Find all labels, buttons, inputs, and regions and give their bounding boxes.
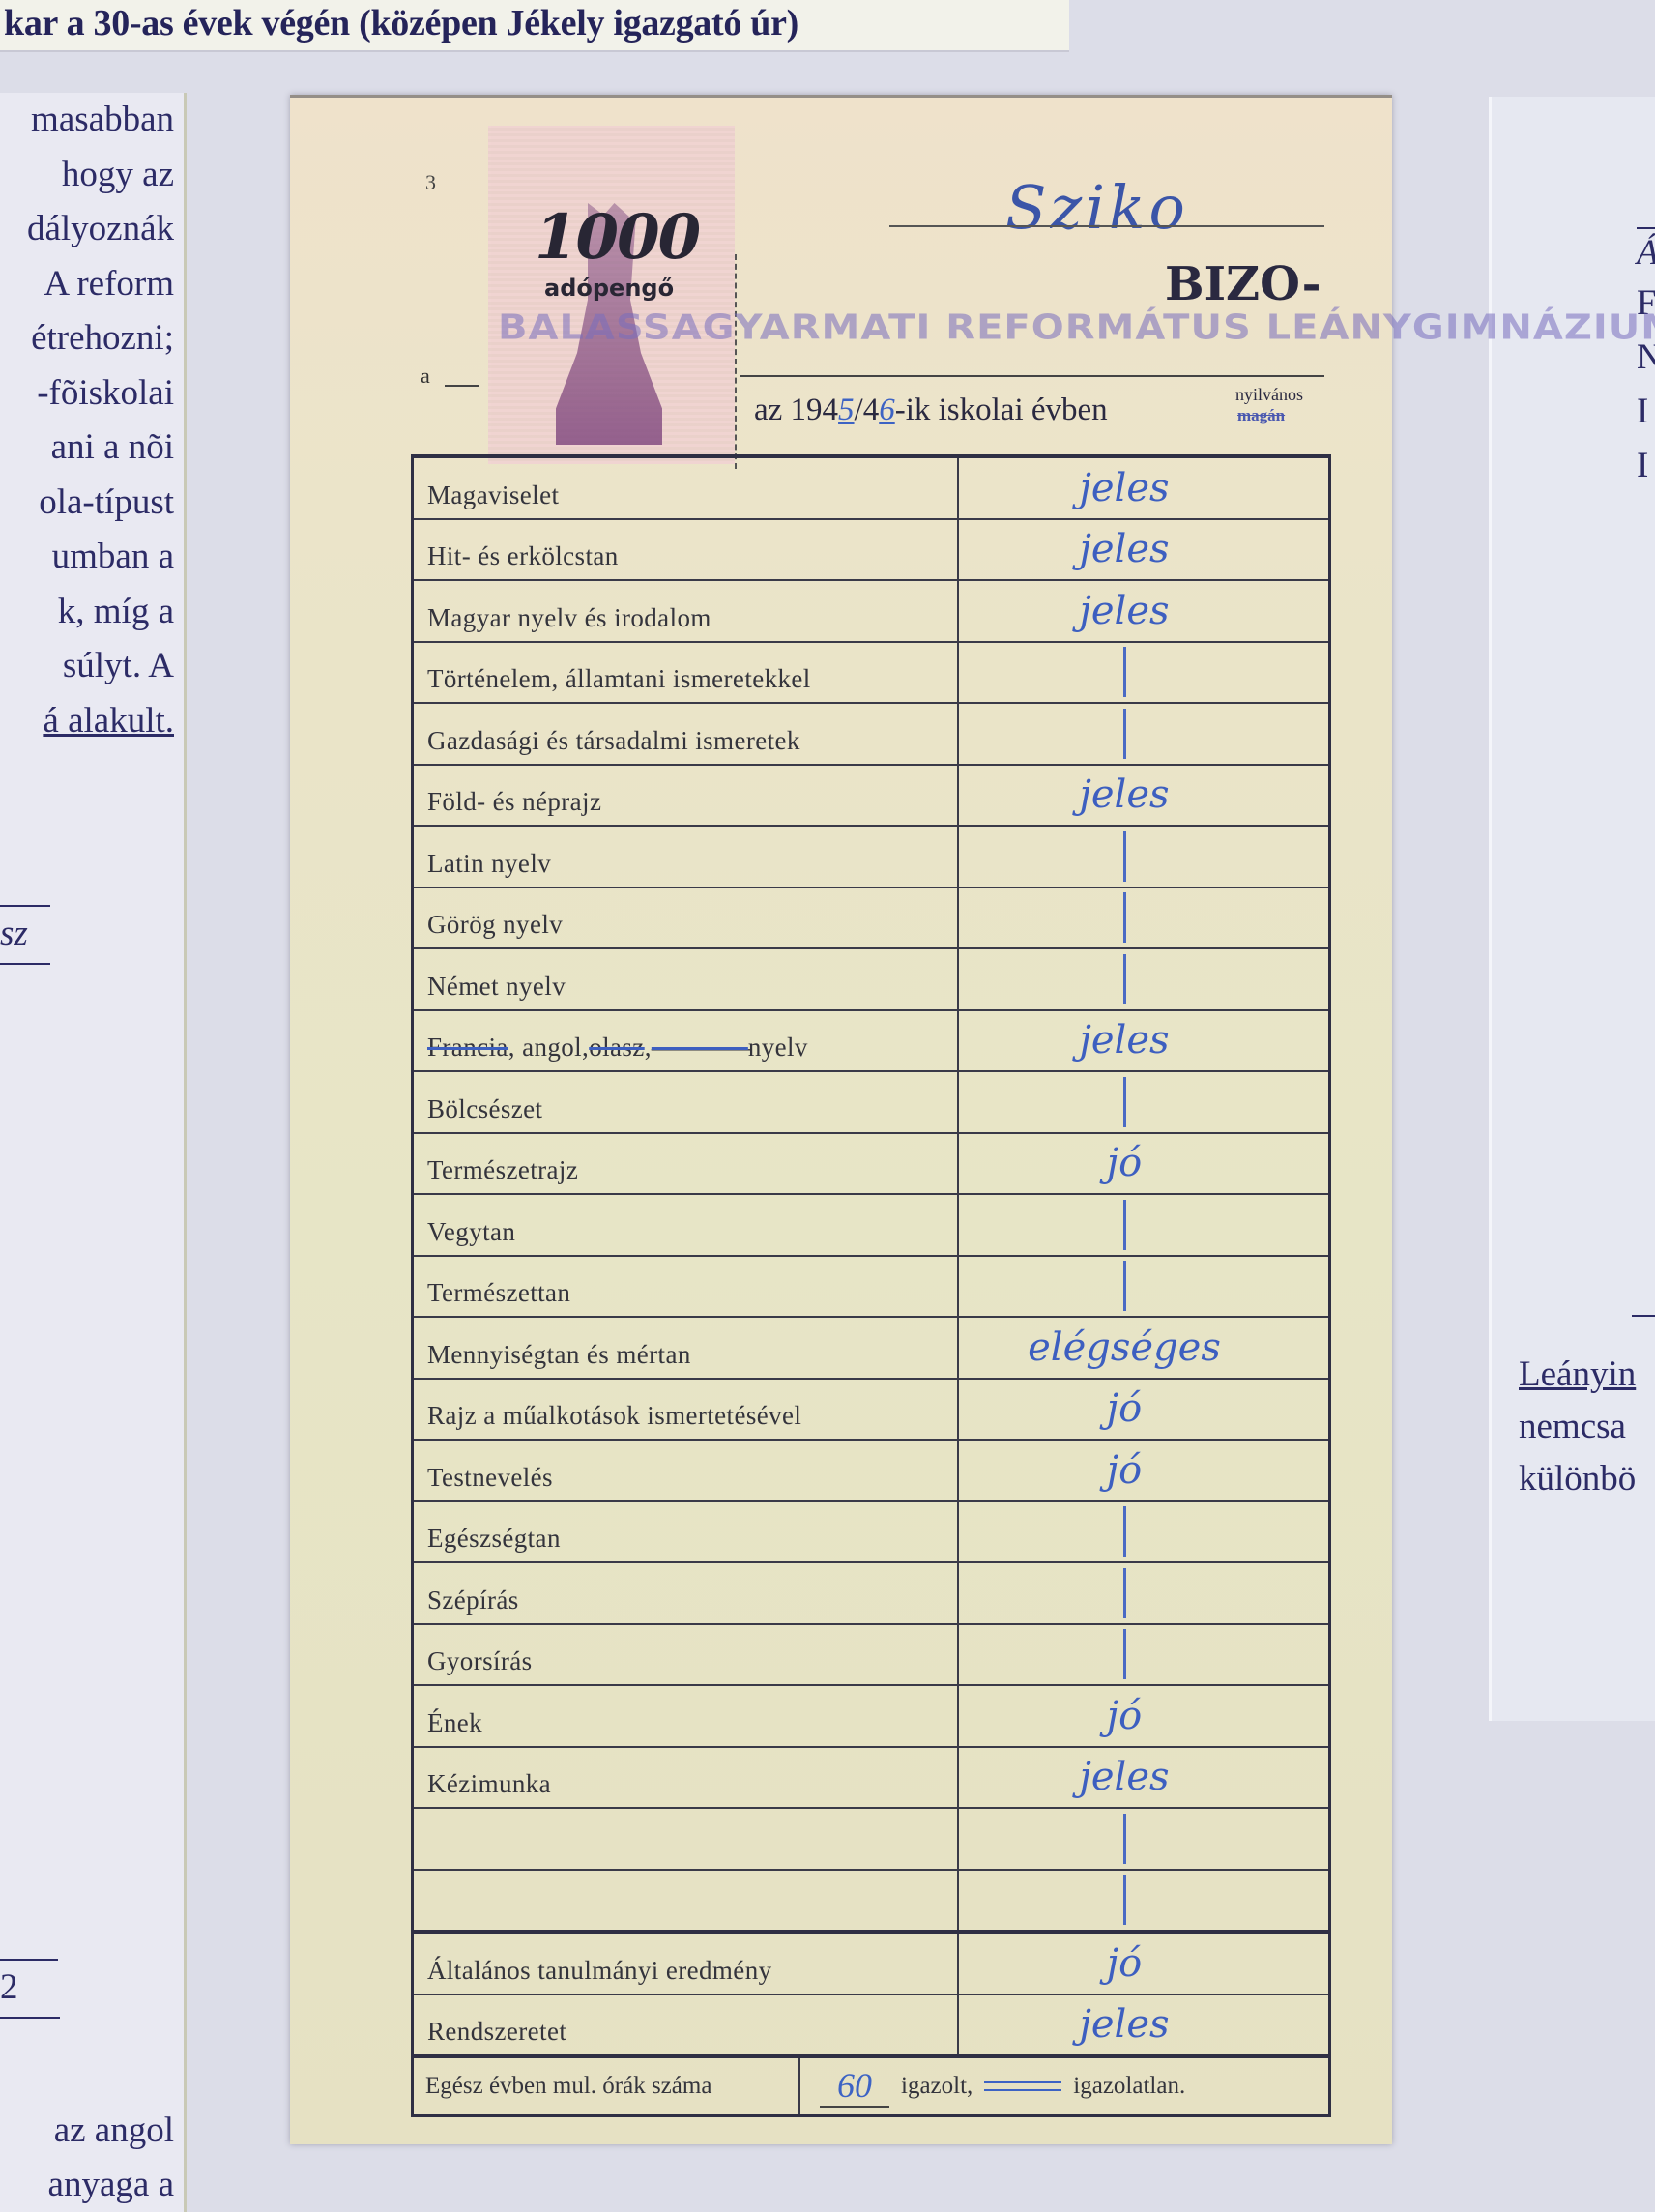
grade-value [959, 704, 1328, 764]
left-fragment: 2 [0, 1966, 18, 2008]
subject-name: Gyorsírás [414, 1625, 959, 1685]
grade-value: jeles [959, 766, 1328, 826]
grade-value: jeles [959, 458, 1328, 518]
grade-value [959, 1195, 1328, 1255]
grade-row: Rendszeretetjeles [414, 1995, 1328, 2055]
absence-values: 60 igazolt, igazolatlan. [800, 2065, 1185, 2108]
grade-row: Latin nyelv [414, 827, 1328, 888]
grade-row: Magaviseletjeles [414, 458, 1328, 520]
grade-value [959, 1809, 1328, 1869]
grade-row: Német nyelv [414, 949, 1328, 1011]
year-first: 5 [838, 393, 855, 427]
left-text-line: ani a nõi [51, 421, 174, 475]
right-text-line: Leányin [1519, 1353, 1636, 1395]
grade-value: jeles [959, 1995, 1328, 2055]
divider [1637, 227, 1655, 229]
left-text-panel: masabbanhogy azdályoznákA reformétrehozn… [0, 93, 187, 2212]
grade-row: Természetrajzjó [414, 1134, 1328, 1196]
divider [0, 905, 50, 907]
subject-name: Rajz a műalkotások ismertetésével [414, 1380, 959, 1440]
unexcused-label: igazolatlan. [1073, 2073, 1185, 2100]
subject-name: Kézimunka [414, 1748, 959, 1808]
left-text-line: dályoznák [27, 202, 174, 256]
subject-name: Német nyelv [414, 949, 959, 1009]
grade-row: Hit- és erkölcstanjeles [414, 520, 1328, 582]
subject-name: Természettan [414, 1257, 959, 1317]
school-ink-stamp: BALASSAGYARMATI REFORMÁTUS LEÁNYGIMNÁZIU… [498, 307, 1655, 347]
school-year: az 1945/46-ik iskolai évben [754, 393, 1108, 428]
subject-name: Föld- és néprajz [414, 766, 959, 826]
right-text-line: nemcsa [1519, 1406, 1626, 1447]
grade-value [959, 643, 1328, 703]
grade-row: Gazdasági és társadalmi ismeretek [414, 704, 1328, 766]
status-public: nyilvános [1235, 385, 1303, 405]
revenue-stamp: 1000 adópengő [488, 126, 735, 464]
grade-row: Vegytan [414, 1195, 1328, 1257]
subject-name [414, 1809, 959, 1869]
grade-value: jó [959, 1380, 1328, 1440]
grade-row [414, 1871, 1328, 1931]
grade-value: jó [959, 1134, 1328, 1194]
grade-value [959, 888, 1328, 948]
subject-name: Francia, angol, olasz, ———— nyelv [414, 1011, 959, 1071]
year-suffix: -ik iskolai évben [895, 393, 1108, 427]
subject-name: Általános tanulmányi eredmény [414, 1934, 959, 1994]
right-letter: I [1637, 391, 1648, 432]
right-letter: I [1637, 445, 1648, 486]
corner-mark: 3 [425, 170, 436, 195]
left-text-line: á alakult. [43, 694, 174, 748]
grade-value: jeles [959, 581, 1328, 641]
grade-value [959, 827, 1328, 887]
grade-row: Egészségtan [414, 1502, 1328, 1564]
left-text-line: anyaga a [48, 2158, 174, 2212]
subject-name: Bölcsészet [414, 1072, 959, 1132]
grade-row: Gyorsírás [414, 1625, 1328, 1687]
left-text-line: k, míg a [58, 585, 174, 639]
subject-name: Egészségtan [414, 1502, 959, 1562]
grade-row: Görög nyelv [414, 888, 1328, 950]
grade-value: elégséges [959, 1318, 1328, 1378]
subject-name: Magaviselet [414, 458, 959, 518]
perforation [735, 254, 737, 469]
document-title: BIZO- [1165, 257, 1321, 311]
a-mark: a [421, 364, 430, 389]
subject-name: Hit- és erkölcstan [414, 520, 959, 580]
subject-name: Mennyiségtan és mértan [414, 1318, 959, 1378]
grade-row: Énekjó [414, 1686, 1328, 1748]
grade-row: Föld- és néprajzjeles [414, 766, 1328, 828]
grade-row: Történelem, államtani ismeretekkel [414, 643, 1328, 705]
left-text-line: hogy az [62, 148, 174, 202]
divider [1632, 1315, 1655, 1317]
grade-row [414, 1809, 1328, 1871]
paper-edge [290, 95, 1392, 98]
grade-value [959, 1072, 1328, 1132]
grade-value: jeles [959, 1011, 1328, 1071]
left-text-line: ola-típust [39, 476, 174, 530]
left-text-line: umban a [52, 530, 174, 584]
subject-name: Magyar nyelv és irodalom [414, 581, 959, 641]
year-sep: /4 [855, 393, 880, 427]
grade-value [959, 949, 1328, 1009]
grade-row: Kézimunkajeles [414, 1748, 1328, 1810]
grade-row: Rajz a műalkotások ismertetéséveljó [414, 1380, 1328, 1441]
divider [0, 963, 50, 965]
left-text-line: súlyt. A [63, 639, 174, 693]
subject-name: Természetrajz [414, 1134, 959, 1194]
subject-name [414, 1871, 959, 1931]
divider [740, 375, 1324, 377]
subject-name: Gazdasági és társadalmi ismeretek [414, 704, 959, 764]
grade-value [959, 1563, 1328, 1623]
student-name: Sziko [1005, 172, 1189, 243]
grade-value: jeles [959, 1748, 1328, 1808]
blank-line [445, 385, 479, 387]
grade-row: Bölcsészet [414, 1072, 1328, 1134]
year-second: 6 [879, 393, 895, 427]
grade-row: Francia, angol, olasz, ———— nyelvjeles [414, 1011, 1328, 1073]
stamp-unit: adópengő [544, 275, 674, 302]
subject-name: Ének [414, 1686, 959, 1746]
name-line [889, 225, 1324, 227]
grade-value [959, 1625, 1328, 1685]
subject-name: Testnevelés [414, 1441, 959, 1500]
grade-table: MagaviseletjelesHit- és erkölcstanjelesM… [411, 454, 1331, 2117]
left-text-line: A reform [44, 257, 174, 311]
caption-text: kar a 30-as évek végén (középen Jékely i… [4, 2, 798, 44]
exhibit-caption: kar a 30-as évek végén (középen Jékely i… [0, 0, 1069, 52]
grade-value: jó [959, 1934, 1328, 1994]
left-fragment: sz [0, 913, 28, 954]
divider [0, 2017, 60, 2019]
excused-label: igazolt, [901, 2073, 973, 2100]
left-text-line: az angol [54, 2104, 174, 2158]
left-text-line: étrehozni; [31, 311, 174, 365]
subject-name: Szépírás [414, 1563, 959, 1623]
absence-label: Egész évben mul. órák száma [414, 2058, 800, 2114]
grade-value [959, 1871, 1328, 1931]
subject-name: Latin nyelv [414, 827, 959, 887]
grade-row: Szépírás [414, 1563, 1328, 1625]
status-private: magán [1237, 406, 1285, 425]
grade-value: jeles [959, 520, 1328, 580]
grade-value: jó [959, 1441, 1328, 1500]
grade-row: Általános tanulmányi eredményjó [414, 1934, 1328, 1995]
right-letter: Á [1637, 232, 1655, 274]
divider [0, 1959, 58, 1961]
grade-value [959, 1257, 1328, 1317]
grade-value: jó [959, 1686, 1328, 1746]
year-prefix: az 194 [754, 393, 838, 427]
left-text-line: masabban [31, 93, 174, 147]
school-report-card: 3 a 1000 adópengő Sziko BIZO- BALASSAGYA… [290, 95, 1392, 2144]
grade-row: Természettan [414, 1257, 1328, 1319]
grade-row: Mennyiségtan és mértanelégséges [414, 1318, 1328, 1380]
subject-name: Görög nyelv [414, 888, 959, 948]
absence-row: Egész évben mul. órák száma 60 igazolt, … [414, 2054, 1328, 2114]
excused-hours: 60 [820, 2065, 889, 2108]
stamp-value: 1000 [535, 201, 699, 274]
right-text-line: különbö [1519, 1458, 1636, 1499]
subject-name: Rendszeretet [414, 1995, 959, 2055]
unexcused-hours [984, 2081, 1061, 2091]
grade-value [959, 1502, 1328, 1562]
left-text-line: -fõiskolai [37, 366, 174, 421]
grade-row: Testnevelésjó [414, 1441, 1328, 1502]
grade-row: Magyar nyelv és irodalomjeles [414, 581, 1328, 643]
subject-name: Vegytan [414, 1195, 959, 1255]
subject-name: Történelem, államtani ismeretekkel [414, 643, 959, 703]
